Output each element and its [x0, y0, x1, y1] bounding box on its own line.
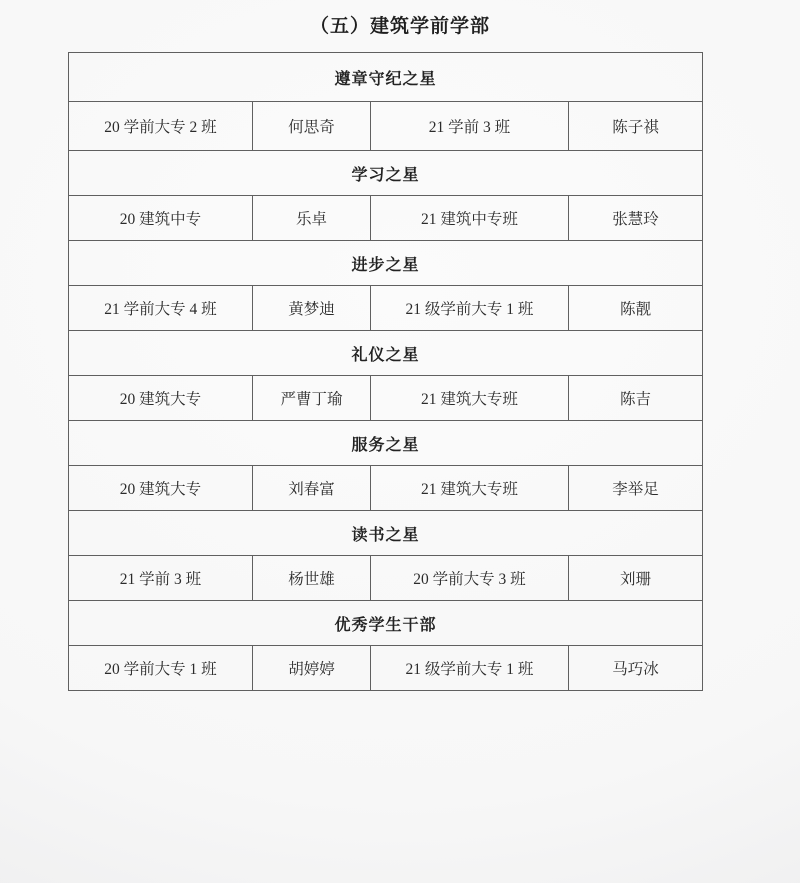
award-title-cell: 学习之星 [69, 151, 703, 196]
document-page: （五）建筑学前学部 遵章守纪之星 20 学前大专 2 班 何思奇 21 学前 3… [0, 0, 800, 883]
student-name-cell: 杨世雄 [253, 556, 371, 601]
student-name-cell: 陈子祺 [569, 102, 703, 151]
class-cell: 21 学前 3 班 [371, 102, 569, 151]
student-name-cell: 马巧冰 [569, 646, 703, 691]
student-name-cell: 胡婷婷 [253, 646, 371, 691]
award-section-header-row: 礼仪之星 [69, 331, 703, 376]
award-section-header-row: 学习之星 [69, 151, 703, 196]
award-winner-row: 20 学前大专 2 班 何思奇 21 学前 3 班 陈子祺 [69, 102, 703, 151]
student-name-cell: 李举足 [569, 466, 703, 511]
student-name-cell: 乐卓 [253, 196, 371, 241]
award-section-header-row: 遵章守纪之星 [69, 53, 703, 102]
class-cell: 21 级学前大专 1 班 [371, 646, 569, 691]
class-cell: 20 建筑中专 [69, 196, 253, 241]
award-title-cell: 遵章守纪之星 [69, 53, 703, 102]
class-cell: 21 建筑大专班 [371, 466, 569, 511]
class-cell: 21 级学前大专 1 班 [371, 286, 569, 331]
class-cell: 20 学前大专 3 班 [371, 556, 569, 601]
student-name-cell: 张慧玲 [569, 196, 703, 241]
award-winner-row: 21 学前 3 班 杨世雄 20 学前大专 3 班 刘珊 [69, 556, 703, 601]
award-winner-row: 20 建筑大专 刘春富 21 建筑大专班 李举足 [69, 466, 703, 511]
award-title-cell: 服务之星 [69, 421, 703, 466]
class-cell: 20 学前大专 2 班 [69, 102, 253, 151]
class-cell: 20 建筑大专 [69, 466, 253, 511]
award-section-header-row: 服务之星 [69, 421, 703, 466]
award-section-header-row: 优秀学生干部 [69, 601, 703, 646]
class-cell: 21 建筑大专班 [371, 376, 569, 421]
class-cell: 21 建筑中专班 [371, 196, 569, 241]
award-winner-row: 20 建筑中专 乐卓 21 建筑中专班 张慧玲 [69, 196, 703, 241]
class-cell: 20 学前大专 1 班 [69, 646, 253, 691]
page-title: （五）建筑学前学部 [0, 0, 800, 38]
class-cell: 21 学前大专 4 班 [69, 286, 253, 331]
award-title-cell: 进步之星 [69, 241, 703, 286]
student-name-cell: 何思奇 [253, 102, 371, 151]
student-name-cell: 陈吉 [569, 376, 703, 421]
student-name-cell: 刘珊 [569, 556, 703, 601]
award-section-header-row: 读书之星 [69, 511, 703, 556]
student-name-cell: 陈靓 [569, 286, 703, 331]
award-title-cell: 优秀学生干部 [69, 601, 703, 646]
award-winner-row: 20 学前大专 1 班 胡婷婷 21 级学前大专 1 班 马巧冰 [69, 646, 703, 691]
class-cell: 21 学前 3 班 [69, 556, 253, 601]
award-title-cell: 读书之星 [69, 511, 703, 556]
student-name-cell: 严曹丁瑜 [253, 376, 371, 421]
award-section-header-row: 进步之星 [69, 241, 703, 286]
award-winner-row: 20 建筑大专 严曹丁瑜 21 建筑大专班 陈吉 [69, 376, 703, 421]
class-cell: 20 建筑大专 [69, 376, 253, 421]
award-title-cell: 礼仪之星 [69, 331, 703, 376]
award-winner-row: 21 学前大专 4 班 黄梦迪 21 级学前大专 1 班 陈靓 [69, 286, 703, 331]
student-name-cell: 刘春富 [253, 466, 371, 511]
student-name-cell: 黄梦迪 [253, 286, 371, 331]
awards-table: 遵章守纪之星 20 学前大专 2 班 何思奇 21 学前 3 班 陈子祺 学习之… [68, 52, 703, 691]
